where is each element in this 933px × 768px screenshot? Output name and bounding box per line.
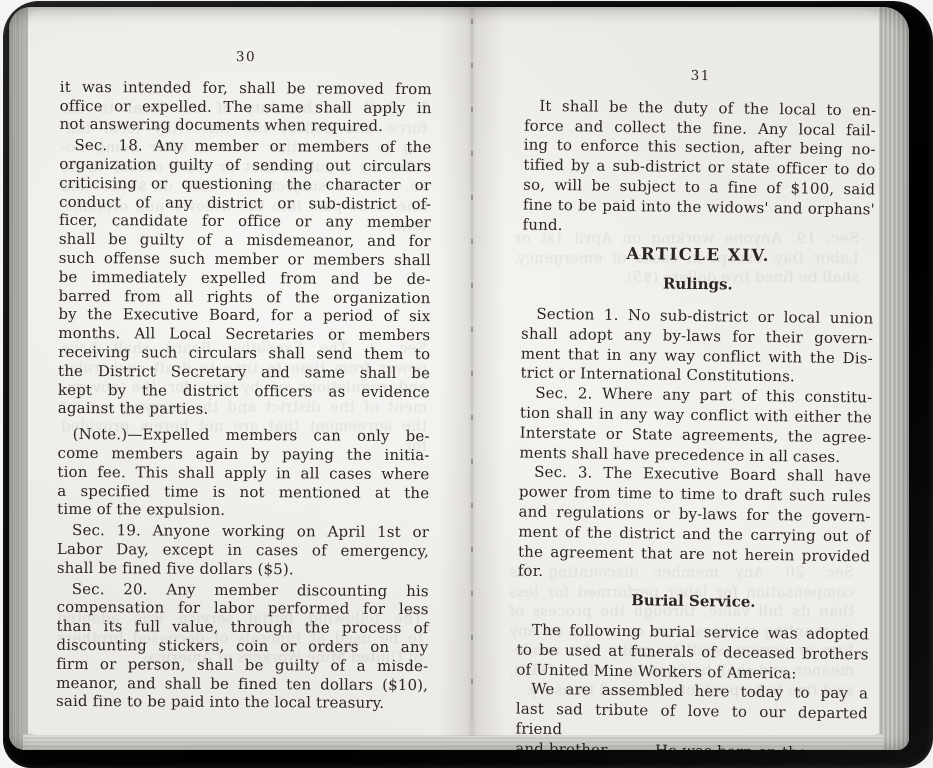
open-book-pages: It shall be the duty of the local to en-… [9, 7, 909, 750]
text-line: receiving such circulars shall send them… [58, 343, 430, 364]
text-line: not answering documents when required. [59, 115, 431, 136]
text-line: months. All Local Secretaries or members [58, 324, 430, 345]
right-page: 31 It shall be the duty of the local to … [515, 65, 877, 750]
text-line: (Note.)—Expelled members can only be- [58, 425, 430, 446]
page-edge-stack-left [9, 7, 28, 750]
text-line: Sec. 19. Anyone working on April 1st or [57, 521, 429, 542]
text-line: criticising or questioning the character… [59, 174, 431, 195]
text-line: a specified time is not mentioned at the [57, 481, 429, 502]
paragraph-sec-2: Sec. 2. Where any part of this constitu-… [519, 384, 872, 468]
text-line: it was intended for, shall be removed fr… [60, 78, 432, 99]
paragraph-burial-prayer: We are assembled here today to pay alast… [515, 680, 868, 750]
page-edge-stack-right [879, 7, 909, 750]
text-line: come members again by paying the initia- [57, 444, 429, 465]
book-scan: It shall be the duty of the local to en-… [0, 0, 933, 768]
text-line: Sec. 20. Any member discounting his [57, 579, 429, 600]
text-line: meanor, and shall be fined ten dollars (… [56, 673, 428, 694]
text-line: last sad tribute of love to our departed… [515, 700, 868, 745]
page-number-left: 30 [60, 47, 432, 68]
article-xiv-heading: ARTICLE XIV. [522, 243, 874, 268]
paragraph-burial-intro: The following burial service was adopted… [516, 620, 869, 684]
text-line: tion fee. This shall apply in all cases … [57, 463, 429, 484]
text-line: compensation for labor performed for les… [57, 598, 429, 619]
paragraph-sec-19: Sec. 19. Anyone working on April 1st orL… [57, 521, 429, 580]
text-line: against the parties. [58, 399, 430, 420]
text-line: office or expelled. The same shall apply… [60, 96, 432, 117]
text-line: by the Executive Board, for a period of … [58, 305, 430, 326]
paragraph-sec-20: Sec. 20. Any member discounting hiscompe… [56, 579, 429, 713]
text-line: Labor Day, except in cases of emergency, [57, 540, 429, 561]
paragraph-sec-3: Sec. 3. The Executive Board shall havepo… [518, 463, 872, 587]
text-line: firm or person, shall be guilty of a mis… [56, 655, 428, 676]
left-page: 30 it was intended for, shall be removed… [56, 47, 432, 713]
text-line: shall be guilty of a misdemeanor, and fo… [59, 230, 431, 251]
text-line: shall be fined five dollars ($5). [57, 559, 429, 580]
text-line: conduct of any district or sub-district … [59, 192, 431, 213]
paragraph-fine-enforcement: It shall be the duty of the local to en-… [522, 96, 876, 239]
text-line: discounting stickers, coin or orders on … [56, 636, 428, 657]
page-number-right: 31 [525, 65, 877, 90]
paragraph-sec-18: Sec. 18. Any member or members of theorg… [58, 136, 432, 420]
text-line: be immediately expelled from and be de- [59, 268, 431, 289]
text-line: barred from all rights of the organizati… [58, 286, 430, 307]
paragraph-note-expelled: (Note.)—Expelled members can only be-com… [57, 425, 430, 521]
text-line: Sec. 18. Any member or members of the [59, 136, 431, 157]
text-line: time of the expulsion. [57, 500, 429, 521]
text-line: organization guilty of sending out circu… [59, 155, 431, 176]
text-line: said fine to be paid into the local trea… [56, 692, 428, 713]
paragraph-section-1: Section 1. No sub-district or local unio… [520, 305, 873, 389]
burial-service-heading: Burial Service. [517, 590, 869, 615]
paragraph-continuation: it was intended for, shall be removed fr… [59, 78, 431, 137]
text-line: the District Secretary and same shall be [58, 362, 430, 383]
rulings-subheading: Rulings. [522, 273, 874, 298]
text-line: ficer, candidate for office or any membe… [59, 211, 431, 232]
text-line: than its full value, through the process… [56, 617, 428, 638]
text-line: such offense such member or members shal… [59, 249, 431, 270]
text-line: kept by the district officers as evidenc… [58, 380, 430, 401]
